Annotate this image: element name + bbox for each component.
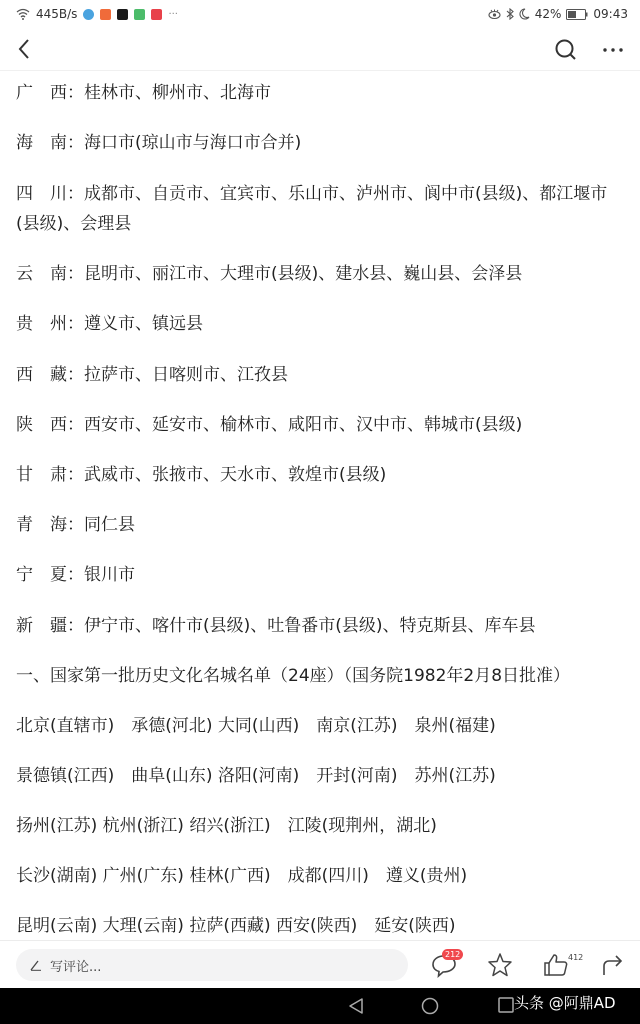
back-button[interactable] [10,34,40,64]
comment-input[interactable]: 写评论... [16,949,408,981]
article-paragraph: 西 藏：拉萨市、日喀则市、江孜县 [16,360,628,390]
top-nav-bar [0,28,640,71]
article-paragraph: 广 西：桂林市、柳州市、北海市 [16,78,628,108]
status-bar: 445B/s ··· 42% 09:43 [0,0,640,28]
article-paragraph: 北京(直辖市) 承德(河北) 大同(山西) 南京(江苏) 泉州(福建) [16,711,628,741]
share-arrow-icon [598,951,626,979]
share-button[interactable] [598,951,626,979]
system-recents-icon[interactable] [498,997,514,1013]
system-nav-bar: 头条 @阿鼎AD [0,988,640,1024]
article-paragraph: 陕 西：西安市、延安市、榆林市、咸阳市、汉中市、韩城市(县级) [16,410,628,440]
tiktok-icon [117,9,128,20]
more-notifications: ··· [168,9,178,20]
app-notification-icon [83,9,94,20]
clock: 09:43 [593,7,628,21]
app-notification-icon [100,9,111,20]
comment-count-badge: 212 [442,949,463,960]
search-button[interactable] [552,36,580,64]
bluetooth-icon [506,8,514,20]
favorite-button[interactable] [486,951,514,979]
app-notification-icon [151,9,162,20]
comment-placeholder: 写评论... [50,956,101,975]
article-paragraph: 新 疆：伊宁市、喀什市(县级)、吐鲁番市(县级)、特克斯县、库车县 [16,611,628,641]
app-notification-icon [134,9,145,20]
net-speed: 445B/s [36,7,77,21]
watermark: 头条 @阿鼎AD [514,992,616,1013]
moon-icon [519,8,530,20]
article-paragraph: 扬州(江苏) 杭州(浙江) 绍兴(浙江) 江陵(现荆州，湖北) [16,811,628,841]
article-paragraph: 云 南：昆明市、丽江市、大理市(县级)、建水县、巍山县、会泽县 [16,259,628,289]
system-back-icon[interactable] [348,997,364,1015]
chevron-left-icon [10,34,40,64]
eye-comfort-icon [488,9,501,20]
pencil-icon [30,959,42,971]
star-icon [486,951,514,979]
like-count: 412 [568,953,583,962]
article-paragraph: 昆明(云南) 大理(云南) 拉萨(西藏) 西安(陕西) 延安(陕西) [16,911,628,939]
more-button[interactable] [598,36,628,64]
search-icon [552,36,580,64]
article-paragraph: 宁 夏：银川市 [16,560,628,590]
more-icon [598,36,628,64]
article-paragraph: 长沙(湖南) 广州(广东) 桂林(广西) 成都(四川) 遵义(贵州) [16,861,628,891]
article-paragraph: 景德镇(江西) 曲阜(山东) 洛阳(河南) 开封(河南) 苏州(江苏) [16,761,628,791]
article-body: 广 西：桂林市、柳州市、北海市 海 南：海口市(琼山市与海口市合并) 四 川：成… [0,71,640,939]
system-home-icon[interactable] [421,997,439,1015]
thumbs-up-icon [542,951,570,979]
article-paragraph: 甘 肃：武威市、张掖市、天水市、敦煌市(县级) [16,460,628,490]
battery-icon [566,9,588,20]
like-button[interactable] [542,951,570,979]
article-paragraph: 海 南：海口市(琼山市与海口市合并) [16,128,628,158]
article-paragraph: 四 川：成都市、自贡市、宜宾市、乐山市、泸州市、阆中市(县级)、都江堰市(县级)… [16,179,628,239]
section-heading: 一、国家第一批历史文化名城名单（24座）（国务院1982年2月8日批准） [16,661,628,691]
wifi-icon [16,8,30,20]
battery-percent: 42% [535,7,562,21]
bottom-action-bar: 写评论... 212 412 [0,940,640,989]
article-paragraph: 贵 州：遵义市、镇远县 [16,309,628,339]
article-paragraph: 青 海：同仁县 [16,510,628,540]
